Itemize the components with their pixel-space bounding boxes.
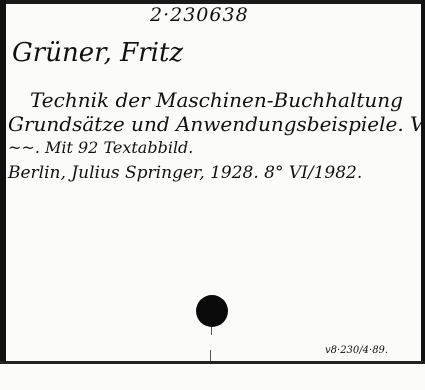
background-strip [0, 364, 425, 390]
author-name: Grüner, Fritz [12, 38, 183, 68]
center-mark [210, 350, 211, 361]
catalog-card: 2·230638 Grüner, Fritz Technik der Masch… [0, 0, 425, 390]
call-number: 2·230638 [150, 4, 249, 26]
hole-mark [211, 327, 212, 335]
card-left-edge [0, 0, 6, 364]
imprint-line: Berlin, Julius Springer, 1928. 8° VI/198… [8, 163, 362, 183]
punch-hole-icon [196, 295, 228, 327]
title-line-1: Technik der Maschinen-Buchhaltung [30, 88, 403, 112]
title-line-2: Grundsätze und Anwendungsbeispiele. Von [8, 112, 425, 136]
accession-note: v8·230/4·89. [325, 345, 388, 356]
title-line-3: ~~. Mit 92 Textabbild. [8, 138, 193, 157]
card-right-edge [421, 0, 425, 364]
